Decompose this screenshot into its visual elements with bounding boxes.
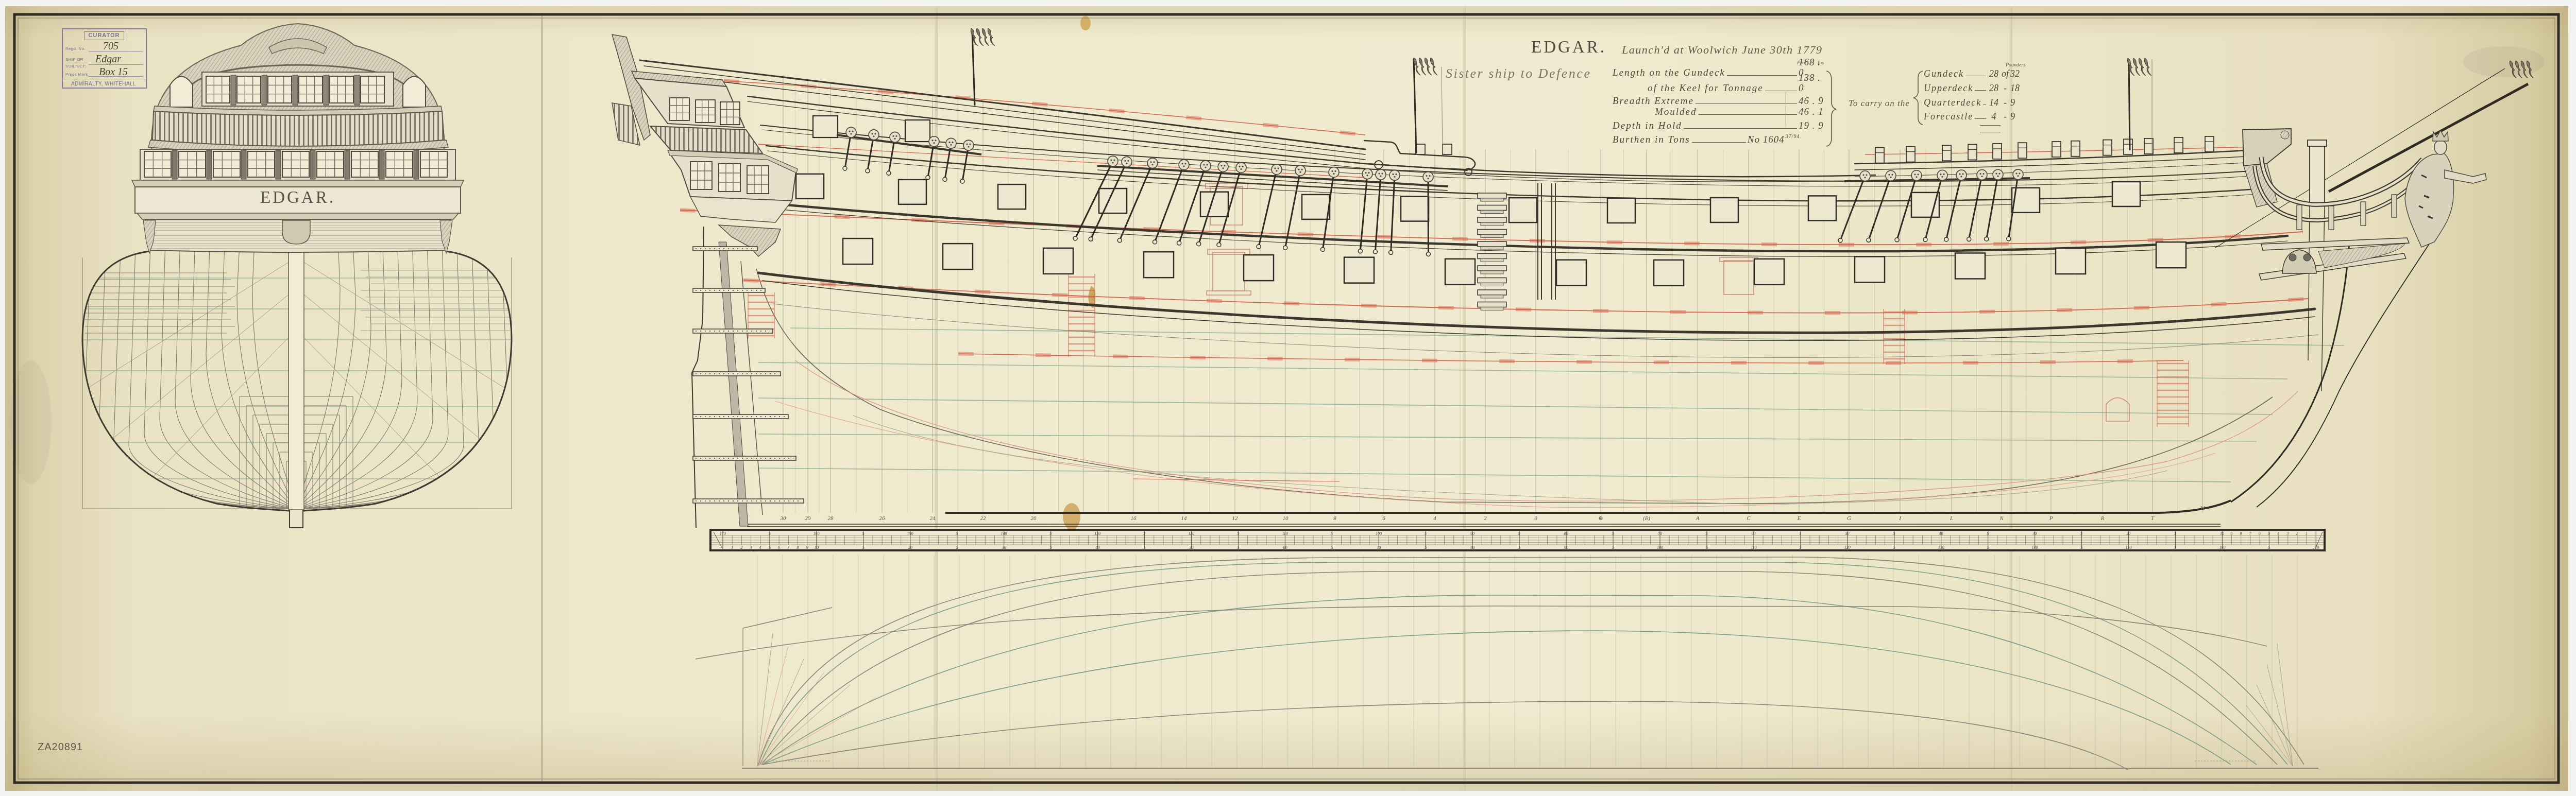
stern-name-text: EDGAR. [260, 188, 335, 207]
stern-pilaster [262, 75, 267, 105]
chain-bolt [1923, 237, 1927, 241]
gun-count: 28 [1988, 83, 2000, 93]
dimension-label: Breadth Extreme [1613, 96, 1694, 107]
frame-station-label: 26 [879, 515, 886, 522]
armament-row: Gundeck 28 of 32 [1924, 67, 2023, 79]
scale-bottom-label: 5 [862, 545, 865, 550]
scale-bottom-label: 5 [1612, 545, 1614, 550]
deadeye [1179, 160, 1189, 170]
upper-gallery-windows [170, 72, 426, 107]
scale-top-label: 5 [1049, 531, 1052, 536]
deadeye-hole [1429, 175, 1430, 177]
deadeye-hole [1222, 167, 1224, 169]
stern-window [747, 166, 769, 194]
deadeye-hole [1916, 176, 1917, 178]
scale-top-label: 2 [2296, 531, 2298, 536]
lower-gallery-windows [140, 149, 455, 180]
frame-station-label: 0 [1534, 515, 1537, 522]
deadeye-hole [1427, 178, 1429, 179]
dimension-row: of the Keel for Tonnage 138 . 0 [1613, 82, 1826, 94]
deadeye-hole [1112, 162, 1113, 163]
deadeye [1911, 170, 1922, 181]
quarterdeck-timberhead [1443, 144, 1452, 154]
frame-station-label: 14 [1181, 515, 1188, 522]
deadeye-hole [1982, 173, 1984, 175]
regd-number-rule [89, 51, 143, 52]
scale-bar: 1234567891052053054055056057058059051005… [710, 530, 2325, 550]
stern-window [670, 98, 689, 120]
timberhead [2174, 137, 2183, 153]
rudder-pintle-strap [693, 372, 781, 376]
deck-name: Upperdeck [1924, 83, 1973, 93]
chain-bolt [943, 177, 947, 181]
deadeye-hole [1941, 176, 1943, 178]
deadeye-hole [1298, 169, 1299, 170]
entry-step [1478, 302, 1506, 307]
scale-bottom-label: 3 [750, 545, 752, 550]
frame-station-label: 10 [1283, 515, 1289, 522]
deadeye-hole [849, 130, 850, 132]
upper-deck-gunport [1607, 198, 1635, 223]
chain-bolt [1117, 238, 1122, 243]
leader-line [1965, 76, 1986, 76]
frame-station-label: 30 [780, 515, 787, 522]
total-underline [1980, 125, 2001, 126]
deadeye-hole [1943, 174, 1944, 175]
frame-station-label: 12 [1232, 515, 1239, 522]
frame-station-label: A [1696, 515, 1700, 522]
scale-top-label: 140 [1001, 531, 1007, 536]
deadeye [1423, 172, 1433, 182]
entry-step-bracket [1481, 259, 1503, 262]
deadeye [929, 136, 939, 147]
stern-window [144, 151, 171, 177]
deadeye [1886, 170, 1896, 181]
scale-bottom-label: 5 [2174, 545, 2176, 550]
pounders: 32 [2010, 68, 2023, 79]
deadeye-hole [1959, 173, 1960, 175]
scale-top-label: 170 [720, 531, 726, 536]
chain-bolt [887, 171, 891, 175]
scale-top-label: 5 [1987, 531, 1989, 536]
chain-bolt [926, 176, 930, 180]
stern-window [299, 76, 323, 103]
deadeye [890, 132, 900, 142]
stern-window [720, 102, 740, 125]
deadeye-hole [1126, 163, 1127, 164]
chain-bolt [866, 169, 870, 173]
upper-deck-gunport [1808, 196, 1836, 220]
scale-bottom-label: 5 [2268, 545, 2270, 550]
leader-line [1983, 105, 1986, 105]
frame-station-label: 29 [805, 515, 811, 522]
deadeye-hole [1299, 171, 1301, 173]
deadeye-hole [894, 138, 895, 140]
burthen-value: No 160437/94 [1748, 132, 1800, 145]
deadeye-hole [969, 143, 971, 145]
stern-pilaster [354, 75, 360, 105]
dimension-row: Moulded 46 . 1 [1613, 106, 1826, 117]
deadeye-hole [968, 146, 969, 147]
figurehead-head [2434, 140, 2447, 154]
scale-bottom-label: 9 [806, 545, 808, 550]
chain-bolt [1089, 237, 1093, 241]
deadeye-hole [1864, 177, 1866, 178]
quarterdeck-timberhead [1416, 144, 1425, 154]
armament-row: Upperdeck 28 - 18 [1924, 82, 2023, 93]
entry-step [1478, 205, 1506, 211]
deadeye-hole [1962, 173, 1963, 175]
armament-table: Gundeck 28 of 32 Upperdeck 28 - 18 Quart… [1924, 0, 2023, 154]
frame-station-label: E [1797, 515, 1801, 522]
scale-bottom-label: 90 [1564, 545, 1568, 550]
deadeye-hole [1979, 173, 1981, 175]
scale-bottom-label: 5 [1800, 545, 1802, 550]
scale-bottom-label: 5 [1050, 545, 1052, 550]
arched-window-left [170, 77, 193, 108]
gun-deck-gunport [1244, 255, 1274, 281]
deadeye-hole [935, 140, 936, 141]
deadeye [1977, 170, 1987, 180]
scale-top-label: 5 [1800, 531, 1802, 536]
frame-station-label: 8 [1333, 515, 1336, 522]
entry-step-bracket [1481, 235, 1503, 238]
stern-window [237, 76, 261, 103]
gun-deck-gunport [1654, 260, 1684, 286]
dimension-label: Depth in Hold [1613, 121, 1682, 131]
frame-station-label: 4 [1433, 515, 1436, 522]
deadeye [1329, 167, 1339, 177]
chain-bolt [1867, 238, 1871, 242]
subject-label-line1: SHIP OR [65, 57, 83, 62]
scale-top-label: 60 [1752, 531, 1756, 536]
deadeye-hole [1394, 176, 1395, 178]
frame-station-label: 6 [1382, 515, 1385, 522]
scale-bottom-label: 5 [1425, 545, 1427, 550]
stern-pilaster [231, 75, 236, 105]
scale-top-label: 120 [1188, 531, 1194, 536]
deadeye-hole [1221, 165, 1222, 166]
scale-top-label: 110 [1282, 531, 1287, 536]
deadeye-hole [1224, 165, 1225, 166]
entry-step-bracket [1481, 283, 1503, 286]
scale-bottom-label: 5 [1706, 545, 1708, 550]
scale-top-label: 90 [1470, 531, 1475, 536]
deadeye-hole [895, 135, 897, 137]
stern-window [696, 100, 715, 123]
gun-deck-gunport [1955, 253, 1985, 279]
scale-top-label: 5 [2080, 531, 2082, 536]
upper-deck-gunport [796, 174, 824, 199]
deadeye-hole [1334, 170, 1336, 172]
scale-top-label: 100 [1376, 531, 1382, 536]
dimension-value: 46 . 9 [1799, 96, 1826, 107]
scale-top-label: 5 [2174, 531, 2176, 536]
deadeye [1108, 156, 1118, 166]
leader-line [1696, 103, 1797, 104]
gun-deck-gunport [1144, 252, 1174, 278]
scale-bottom-label: 110 [1751, 545, 1756, 550]
burthen-fraction: 37/94 [1786, 134, 1800, 140]
scale-bottom-label: 100 [1657, 545, 1663, 550]
stern-window [351, 151, 378, 177]
chain-bolt [1373, 250, 1377, 254]
chain-bolt [960, 179, 964, 183]
deadeye-hole [1891, 174, 1893, 176]
scale-top-label: 6 [2259, 531, 2261, 536]
rudder-pintle-strap [693, 414, 788, 419]
scale-top-label: 5 [1893, 531, 1895, 536]
gun-deck-gunport [1754, 259, 1784, 285]
deadeye [1236, 162, 1246, 172]
chain-bolt [1177, 241, 1181, 245]
frame-station-label: ⊕ [1598, 515, 1603, 522]
deadeye-hole [1203, 164, 1205, 165]
stern-window [317, 151, 344, 177]
deadeye [1272, 164, 1282, 175]
upper-deck-gunport [998, 184, 1026, 209]
sister-ship-note: Sister ship to Defence [1446, 66, 1591, 81]
entry-step-bracket [1481, 271, 1503, 274]
scale-top-label: 5 [862, 531, 865, 536]
scale-bottom-label: 140 [2032, 545, 2038, 550]
frame-station-label: W [2200, 505, 2205, 511]
dimension-row: Depth in Hold 19 . 9 [1613, 120, 1826, 131]
curator-stamp: CURATOR Regd. No. 705 SHIP OR SUBJECT: E… [62, 28, 147, 89]
dimension-label: Moulded [1613, 107, 1697, 117]
gun-deck-gunport [843, 238, 873, 264]
deadeye-hole [1381, 172, 1383, 174]
deadeye-hole [1153, 161, 1155, 163]
timberhead [2124, 139, 2132, 154]
stern-balcony-balustrade [152, 111, 444, 146]
scale-bottom-label: 5 [2081, 545, 2083, 550]
deadeye-hole [1380, 175, 1381, 177]
counter-molding [137, 213, 459, 219]
scale-bottom-label: 5 [1987, 545, 1989, 550]
pounders: 9 [2010, 111, 2023, 122]
dimension-label: Burthen in Tons [1613, 135, 1690, 145]
leader-line [1765, 91, 1797, 91]
deck-name: Quarterdeck [1924, 97, 1981, 108]
deadeye-hole [1333, 173, 1334, 175]
chain-bolt [1426, 252, 1430, 256]
deadeye-hole [871, 133, 873, 134]
timberhead [2103, 140, 2112, 155]
leader-line [1692, 142, 1746, 143]
scale-top-label: 160 [814, 531, 820, 536]
deadeye-hole [948, 142, 950, 143]
gun-deck-gunport [943, 244, 973, 269]
stern-window [361, 76, 384, 103]
frame-station-label: 16 [1131, 515, 1137, 522]
deadeye [1122, 157, 1132, 167]
scale-top-label: 70 [1658, 531, 1662, 536]
stern-window [213, 151, 240, 177]
frame-station-label: 24 [930, 515, 936, 522]
chain-bolt [1257, 245, 1261, 249]
deadeye-hole [1914, 174, 1916, 175]
deadeye [1993, 169, 2003, 180]
deadeye-hole [874, 133, 876, 134]
hawse-hole [2289, 254, 2296, 261]
dimension-value: 46 . 1 [1799, 107, 1826, 117]
catalogue-number: ZA20891 [38, 741, 83, 753]
frame-station-label: L [1950, 515, 1953, 522]
deadeye-hole [1183, 165, 1184, 167]
gun-deck-gunport [2156, 242, 2186, 268]
timberhead [2144, 139, 2153, 154]
armament-row: Forecastle 4 - 9 [1924, 110, 2023, 122]
deadeye-hole [1277, 167, 1279, 169]
deadeye-hole [1940, 174, 1941, 175]
scale-bottom-label: 5 [1331, 545, 1333, 550]
scale-top-label: 9 [2230, 531, 2232, 536]
regd-number-label: Regd. No. [65, 46, 86, 51]
stern-window [282, 151, 309, 177]
timberhead [2205, 136, 2214, 152]
scale-bottom-label: 5 [769, 545, 771, 550]
frame-station-label: 28 [828, 515, 834, 522]
scale-top-label: 150 [907, 531, 913, 536]
chain-bolt [2007, 237, 2011, 241]
deadeye-hole [1890, 177, 1891, 178]
frame-station-label: 2 [1484, 515, 1487, 522]
scale-bottom-label: 150 [2126, 545, 2132, 550]
stern-window [719, 164, 740, 192]
scale-top-label: 5 [956, 531, 958, 536]
deadeye-hole [1240, 168, 1242, 170]
deadeye [1376, 169, 1386, 180]
ship-title: EDGAR. [1531, 38, 1606, 57]
ship-plan-sheet: EDGAR. [0, 0, 2576, 796]
entry-step [1478, 241, 1506, 247]
entry-step [1478, 266, 1506, 271]
deadeye-hole [931, 140, 933, 141]
leader-line [1684, 128, 1797, 129]
chain-bolt [1985, 237, 1989, 241]
gun-deck-gunport [1556, 260, 1586, 286]
stern-window [268, 76, 292, 103]
stern-pilaster [241, 150, 246, 179]
upper-deck-gunport [2112, 182, 2140, 206]
scale-bottom-label: 10 [815, 545, 819, 550]
armament-intro: To carry on the [1849, 98, 1910, 109]
dimension-row-burthen: Burthen in Tons No 160437/94 [1613, 134, 1826, 145]
entry-step [1478, 254, 1506, 259]
scale-top-label: 20 [2126, 531, 2130, 536]
entry-step-bracket [1481, 198, 1503, 201]
scale-bottom-label: 60 [1283, 545, 1287, 550]
gun-count: 28 [1988, 68, 2000, 79]
upper-deck-gunport [1302, 195, 1330, 219]
stern-pilaster [414, 150, 419, 179]
deadeye-hole [1150, 161, 1151, 163]
upper-deck-gunport [899, 180, 926, 204]
dimension-value: 138 . 0 [1799, 73, 1826, 94]
timberhead [1875, 148, 1884, 163]
deck-name: Forecastle [1924, 111, 1973, 122]
scale-top-label: 8 [2240, 531, 2242, 536]
entry-step-bracket [1481, 295, 1503, 298]
deadeye-hole [2017, 175, 2019, 177]
entry-step [1478, 290, 1506, 295]
deadeye-hole [1365, 172, 1366, 174]
deadeye [1147, 158, 1158, 168]
scale-top-label: 10 [2220, 531, 2224, 536]
armament-row: Quarterdeck 14 - 9 [1924, 96, 2023, 108]
separator: - [2000, 111, 2010, 122]
stern-pilaster [324, 75, 329, 105]
name-board-cornice [132, 180, 464, 187]
scale-bottom-label: 80 [1470, 545, 1475, 550]
deadeye-hole [1242, 166, 1243, 167]
deadeye [2013, 169, 2023, 180]
ship-draught-drawing: EDGAR. [0, 0, 2576, 796]
scale-bottom-label: 30 [1002, 545, 1006, 550]
deadeye [1389, 170, 1400, 180]
regd-number-value: 705 [103, 41, 118, 53]
scale-top-label: 40 [1939, 531, 1943, 536]
chain-bolt [1320, 247, 1325, 251]
deadeye [1218, 162, 1228, 172]
scale-top-label: 5 [1237, 531, 1239, 536]
scale-bottom-label: 5 [1237, 545, 1239, 550]
frame-station-label: (B) [1643, 515, 1650, 522]
deck-name: Gundeck [1924, 68, 1964, 79]
deadeye-hole [966, 143, 968, 145]
deadeye-hole [1866, 174, 1867, 176]
deadeye-hole [850, 133, 852, 134]
scale-top-label: 5 [1143, 531, 1145, 536]
frame-station-label: T [2151, 515, 2155, 522]
rudder-stock [289, 244, 304, 510]
deadeye-hole [1127, 160, 1129, 162]
subject-label-line2: SUBJECT: [65, 64, 86, 68]
stern-window [420, 151, 447, 177]
scale-top-label: 80 [1564, 531, 1568, 536]
deadeye-hole [1301, 169, 1302, 170]
deadeye-hole [1997, 176, 1998, 177]
deadeye-hole [1888, 174, 1890, 176]
quarterdeck-gunport [905, 120, 930, 142]
frame-station-label: R [2100, 515, 2105, 522]
deadeye [1362, 169, 1372, 179]
stern-pilaster [207, 150, 212, 179]
deadeye-hole [1151, 164, 1153, 165]
scale-top-label: 3 [2286, 531, 2289, 536]
stamp-header: CURATOR [84, 31, 124, 40]
deadeye-hole [1426, 175, 1427, 177]
chain-bolt [1197, 242, 1201, 246]
deadeye-hole [933, 142, 935, 144]
press-mark-label: Press Mark [65, 72, 88, 77]
rudder-pintle-strap [693, 456, 796, 460]
dimension-value: 19 . 9 [1799, 121, 1826, 131]
deadeye [946, 138, 956, 148]
gun-count: 4 [1988, 111, 2000, 122]
head-timber [2297, 205, 2302, 230]
scale-bottom-label: 1 [731, 545, 733, 550]
leader-line [1727, 75, 1797, 76]
entry-step [1478, 230, 1506, 235]
leader-line [1975, 90, 1986, 91]
deadeye-hole [1205, 166, 1206, 168]
pounders: 18 [2010, 83, 2023, 93]
frame-station-label: 22 [980, 515, 987, 522]
deadeye-hole [2019, 172, 2020, 174]
scale-bottom-label: 170 [2313, 545, 2319, 550]
